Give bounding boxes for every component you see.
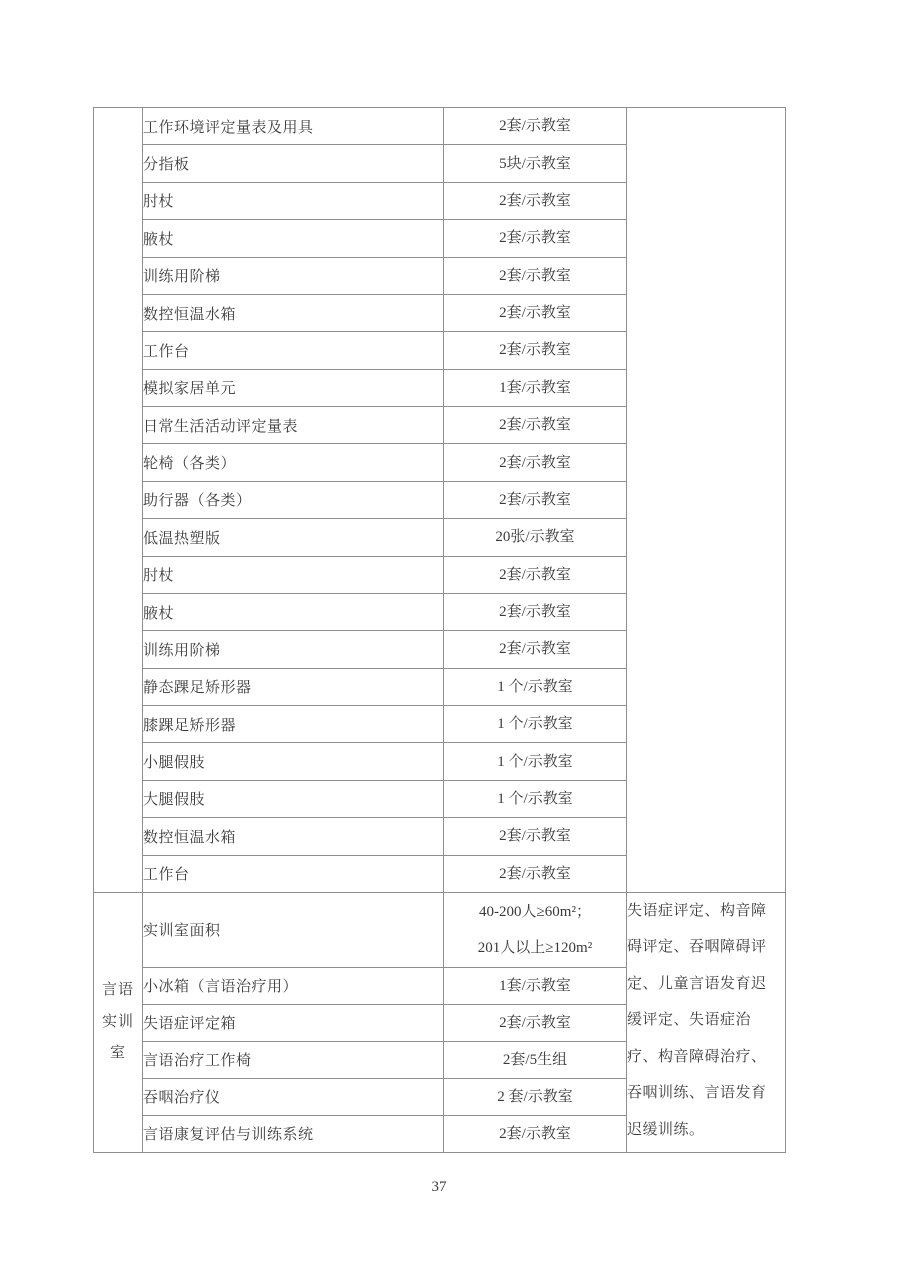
quantity-cell: 1 个/示教室 (444, 706, 627, 743)
equipment-table-body: 工作环境评定量表及用具2套/示教室分指板5块/示教室肘杖2套/示教室腋杖2套/示… (94, 108, 786, 1153)
quantity-cell: 2套/示教室 (444, 481, 627, 518)
equipment-item-cell: 吞咽治疗仪 (143, 1078, 444, 1115)
quantity-cell: 1套/示教室 (444, 369, 627, 406)
room-name-cell: 言语 实训 室 (94, 892, 143, 1152)
equipment-item-cell: 静态踝足矫形器 (143, 668, 444, 705)
quantity-cell: 2套/示教室 (444, 257, 627, 294)
training-functions-cell (627, 108, 786, 893)
quantity-cell: 2套/示教室 (444, 818, 627, 855)
quantity-cell: 2套/示教室 (444, 556, 627, 593)
training-functions-cell: 失语症评定、构音障 碍评定、吞咽障碍评 定、儿童言语发育迟 缓评定、失语症治 疗… (627, 892, 786, 1152)
quantity-cell: 2套/示教室 (444, 631, 627, 668)
equipment-item-cell: 大腿假肢 (143, 780, 444, 817)
equipment-item-cell: 言语治疗工作椅 (143, 1041, 444, 1078)
equipment-item-cell: 训练用阶梯 (143, 631, 444, 668)
equipment-item-cell: 分指板 (143, 145, 444, 182)
quantity-cell: 1 个/示教室 (444, 780, 627, 817)
table-row: 工作环境评定量表及用具2套/示教室 (94, 108, 786, 145)
equipment-item-cell: 腋杖 (143, 593, 444, 630)
quantity-cell: 2套/示教室 (444, 1004, 627, 1041)
equipment-item-cell: 训练用阶梯 (143, 257, 444, 294)
quantity-cell: 2套/示教室 (444, 444, 627, 481)
quantity-cell: 40-200人≥60m²； 201人以上≥120m² (444, 892, 627, 967)
equipment-item-cell: 日常生活活动评定量表 (143, 407, 444, 444)
quantity-cell: 2套/5生组 (444, 1041, 627, 1078)
room-name-cell (94, 108, 143, 893)
equipment-item-cell: 小冰箱（言语治疗用） (143, 967, 444, 1004)
quantity-cell: 2套/示教室 (444, 220, 627, 257)
document-page: 工作环境评定量表及用具2套/示教室分指板5块/示教室肘杖2套/示教室腋杖2套/示… (0, 0, 900, 1272)
quantity-cell: 2套/示教室 (444, 407, 627, 444)
equipment-item-cell: 数控恒温水箱 (143, 818, 444, 855)
equipment-item-cell: 腋杖 (143, 220, 444, 257)
equipment-item-cell: 轮椅（各类） (143, 444, 444, 481)
quantity-cell: 1 个/示教室 (444, 668, 627, 705)
quantity-cell: 20张/示教室 (444, 519, 627, 556)
quantity-cell: 1套/示教室 (444, 967, 627, 1004)
equipment-item-cell: 膝踝足矫形器 (143, 706, 444, 743)
equipment-item-cell: 助行器（各类） (143, 481, 444, 518)
quantity-cell: 2 套/示教室 (444, 1078, 627, 1115)
quantity-cell: 2套/示教室 (444, 294, 627, 331)
quantity-cell: 2套/示教室 (444, 182, 627, 219)
equipment-item-cell: 低温热塑版 (143, 519, 444, 556)
quantity-cell: 5块/示教室 (444, 145, 627, 182)
table-row: 言语 实训 室实训室面积40-200人≥60m²； 201人以上≥120m²失语… (94, 892, 786, 967)
equipment-item-cell: 失语症评定箱 (143, 1004, 444, 1041)
quantity-cell: 2套/示教室 (444, 593, 627, 630)
quantity-cell: 2套/示教室 (444, 108, 627, 145)
equipment-table: 工作环境评定量表及用具2套/示教室分指板5块/示教室肘杖2套/示教室腋杖2套/示… (93, 107, 786, 1153)
equipment-item-cell: 肘杖 (143, 182, 444, 219)
quantity-cell: 1 个/示教室 (444, 743, 627, 780)
equipment-item-cell: 工作环境评定量表及用具 (143, 108, 444, 145)
equipment-item-cell: 工作台 (143, 332, 444, 369)
quantity-cell: 2套/示教室 (444, 855, 627, 892)
quantity-cell: 2套/示教室 (444, 332, 627, 369)
equipment-item-cell: 小腿假肢 (143, 743, 444, 780)
equipment-item-cell: 工作台 (143, 855, 444, 892)
equipment-item-cell: 言语康复评估与训练系统 (143, 1115, 444, 1152)
quantity-cell: 2套/示教室 (444, 1115, 627, 1152)
equipment-item-cell: 模拟家居单元 (143, 369, 444, 406)
page-number: 37 (93, 1179, 785, 1196)
equipment-item-cell: 实训室面积 (143, 892, 444, 967)
equipment-item-cell: 肘杖 (143, 556, 444, 593)
equipment-item-cell: 数控恒温水箱 (143, 294, 444, 331)
